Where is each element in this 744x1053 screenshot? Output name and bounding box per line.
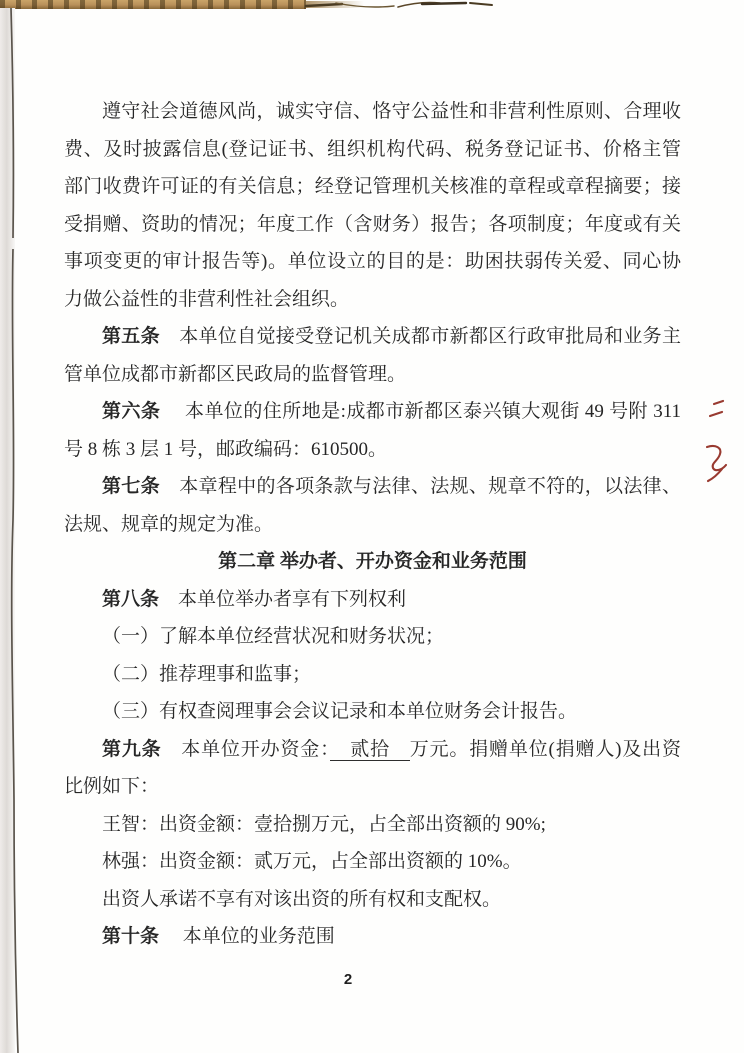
article-10-text: 本单位的业务范围 — [159, 926, 335, 947]
contributor-line: 林强：出资金额：贰万元，占全部出资额的 10%。 — [64, 843, 681, 881]
intro-line: 部门收费许可证的有关信息；经登记管理机关核准的章程或章程摘要；接 — [64, 168, 681, 206]
right-item: （三）有权查阅理事会会议记录和本单位财务会计报告。 — [64, 693, 681, 731]
article-8-line: 第八条 本单位举办者享有下列权利 — [64, 581, 681, 619]
article-9-line: 第九条 本单位开办资金： 贰拾 万元。捐赠单位(捐赠人)及出资 — [64, 731, 681, 769]
article-5-line: 第五条 本单位自觉接受登记机关成都市新都区行政审批局和业务主 — [64, 318, 681, 356]
red-ink-marginalia — [707, 401, 726, 481]
article-7-line: 第七条 本章程中的各项条款与法律、法规、规章不符的，以法律、 — [64, 468, 681, 506]
contributor-line: 王智：出资金额：壹拾捌万元，占全部出资额的 90%; — [64, 806, 681, 844]
intro-line: 遵守社会道德风尚，诚实守信、恪守公益性和非营利性原则、合理收 — [64, 93, 681, 131]
document-body: 遵守社会道德风尚，诚实守信、恪守公益性和非营利性原则、合理收 费、及时披露信息(… — [64, 93, 681, 956]
article-8-text: 本单位举办者享有下列权利 — [159, 589, 406, 610]
article-6-line: 第六条 本单位的住所地是:成都市新都区泰兴镇大观街 49 号附 311 — [64, 393, 681, 431]
article-7-line: 法规、规章的规定为准。 — [64, 506, 681, 544]
intro-line: 事项变更的审计报告等)。单位设立的目的是：助困扶弱传关爱、同心协 — [64, 243, 681, 281]
intro-line: 费、及时披露信息(登记证书、组织机构代码、税务登记证书、价格主管 — [64, 131, 681, 169]
article-9-text: 本单位开办资金： — [161, 739, 330, 760]
chapter-2-heading: 第二章 举办者、开办资金和业务范围 — [64, 543, 681, 581]
article-6-term: 第六条 — [102, 401, 160, 422]
article-6-line: 号 8 栋 3 层 1 号，邮政编码：610500。 — [64, 431, 681, 469]
right-item: （一）了解本单位经营状况和财务状况； — [64, 618, 681, 656]
article-7-text: 本章程中的各项条款与法律、法规、规章不符的，以法律、 — [160, 476, 681, 497]
contributor-promise-line: 出资人承诺不享有对该出资的所有权和支配权。 — [64, 881, 681, 919]
intro-line: 力做公益性的非营利性社会组织。 — [64, 281, 681, 319]
article-9-text: 万元。捐赠单位(捐赠人)及出资 — [410, 739, 681, 760]
article-6-text: 本单位的住所地是:成都市新都区泰兴镇大观街 49 号附 311 — [160, 401, 681, 422]
article-10-term: 第十条 — [102, 926, 159, 947]
scanned-document-page: 遵守社会道德风尚，诚实守信、恪守公益性和非营利性原则、合理收 费、及时披露信息(… — [0, 0, 744, 1053]
left-edge-shadow — [0, 8, 15, 1053]
article-7-term: 第七条 — [102, 476, 160, 497]
article-5-line: 管单位成都市新都区民政局的监督管理。 — [64, 356, 681, 394]
article-10-line: 第十条 本单位的业务范围 — [64, 918, 681, 956]
top-edge-scan-artifact-fade — [306, 1, 364, 8]
article-9-term: 第九条 — [102, 739, 161, 760]
right-item: （二）推荐理事和监事； — [64, 656, 681, 694]
page-number: 2 — [338, 971, 358, 988]
article-5-term: 第五条 — [102, 326, 160, 347]
article-8-term: 第八条 — [102, 589, 159, 610]
article-9-capital-amount: 贰拾 — [330, 739, 409, 761]
article-5-text: 本单位自觉接受登记机关成都市新都区行政审批局和业务主 — [160, 326, 681, 347]
top-edge-scan-artifact — [0, 0, 306, 9]
intro-line: 受捐赠、资助的情况；年度工作（含财务）报告；各项制度；年度或有关 — [64, 206, 681, 244]
article-9-line: 比例如下： — [64, 768, 681, 806]
